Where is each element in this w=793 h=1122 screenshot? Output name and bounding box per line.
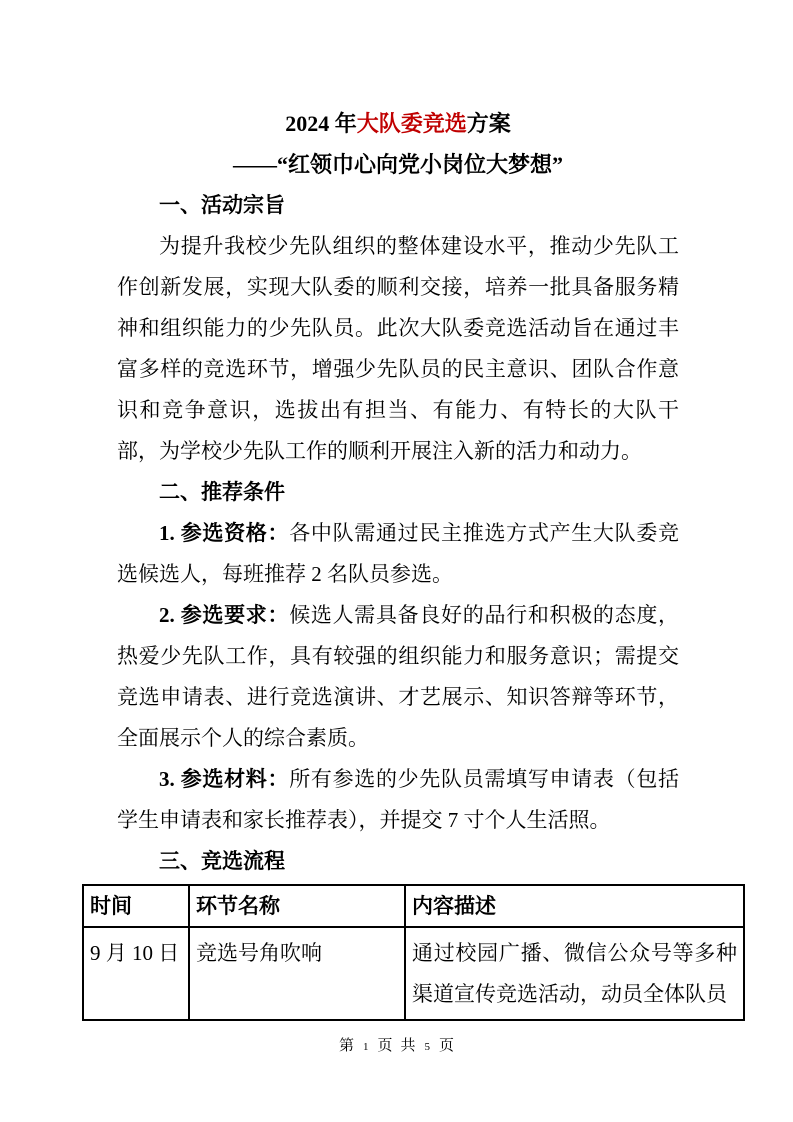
purpose-paragraph: 为提升我校少先队组织的整体建设水平，推动少先队工作创新发展，实现大队委的顺利交接… <box>117 226 679 472</box>
table-cell-date: 9 月 10 日 <box>83 927 189 1020</box>
table-row: 9 月 10 日 竞选号角吹响 通过校园广播、微信公众号等多种渠道宣传竞选活动，… <box>83 927 744 1020</box>
footer-total-pages-number: 5 <box>425 1041 431 1053</box>
document-title: 2024 年大队委竞选方案 <box>117 103 679 144</box>
table-cell-stage: 竞选号角吹响 <box>189 927 405 1020</box>
table-cell-description: 通过校园广播、微信公众号等多种渠道宣传竞选活动，动员全体队员 <box>405 927 744 1020</box>
footer-label-ye-2: 页 <box>439 1038 454 1054</box>
section-heading-purpose: 一、活动宗旨 <box>117 185 679 226</box>
table-header-description: 内容描述 <box>405 885 744 927</box>
title-part-year: 2024 年 <box>285 111 357 136</box>
condition-item-1-label: 1. 参选资格： <box>159 521 289 545</box>
election-process-table: 时间 环节名称 内容描述 9 月 10 日 竞选号角吹响 通过校园广播、微信公众… <box>82 884 745 1021</box>
condition-item-2-label: 2. 参选要求： <box>159 603 289 627</box>
table-header-time: 时间 <box>83 885 189 927</box>
table-header-row: 时间 环节名称 内容描述 <box>83 885 744 927</box>
footer-current-page-number: 1 <box>363 1041 369 1053</box>
condition-item-3-label: 3. 参选材料： <box>159 767 289 791</box>
document-content: 2024 年大队委竞选方案 ——“红领巾心向党小岗位大梦想” 一、活动宗旨 为提… <box>117 103 679 882</box>
document-subtitle: ——“红领巾心向党小岗位大梦想” <box>117 144 679 185</box>
section-heading-process: 三、竞选流程 <box>117 841 679 882</box>
footer-label-ye-1: 页 <box>377 1038 392 1054</box>
document-page: 2024 年大队委竞选方案 ——“红领巾心向党小岗位大梦想” 一、活动宗旨 为提… <box>0 0 793 1122</box>
condition-item-requirements: 2. 参选要求：候选人需具备良好的品行和积极的态度，热爱少先队工作，具有较强的组… <box>117 595 679 759</box>
footer-label-gong: 共 <box>401 1038 416 1054</box>
condition-item-materials: 3. 参选材料：所有参选的少先队员需填写申请表（包括学生申请表和家长推荐表），并… <box>117 759 679 841</box>
table-header-stage-name: 环节名称 <box>189 885 405 927</box>
condition-item-qualification: 1. 参选资格：各中队需通过民主推选方式产生大队委竞选候选人，每班推荐 2 名队… <box>117 513 679 595</box>
footer-label-di: 第 <box>339 1038 354 1054</box>
title-part-suffix: 方案 <box>467 111 511 136</box>
title-part-highlight: 大队委竞选 <box>357 111 467 136</box>
section-heading-conditions: 二、推荐条件 <box>117 472 679 513</box>
page-footer: 第1页共5页 <box>0 1036 793 1057</box>
